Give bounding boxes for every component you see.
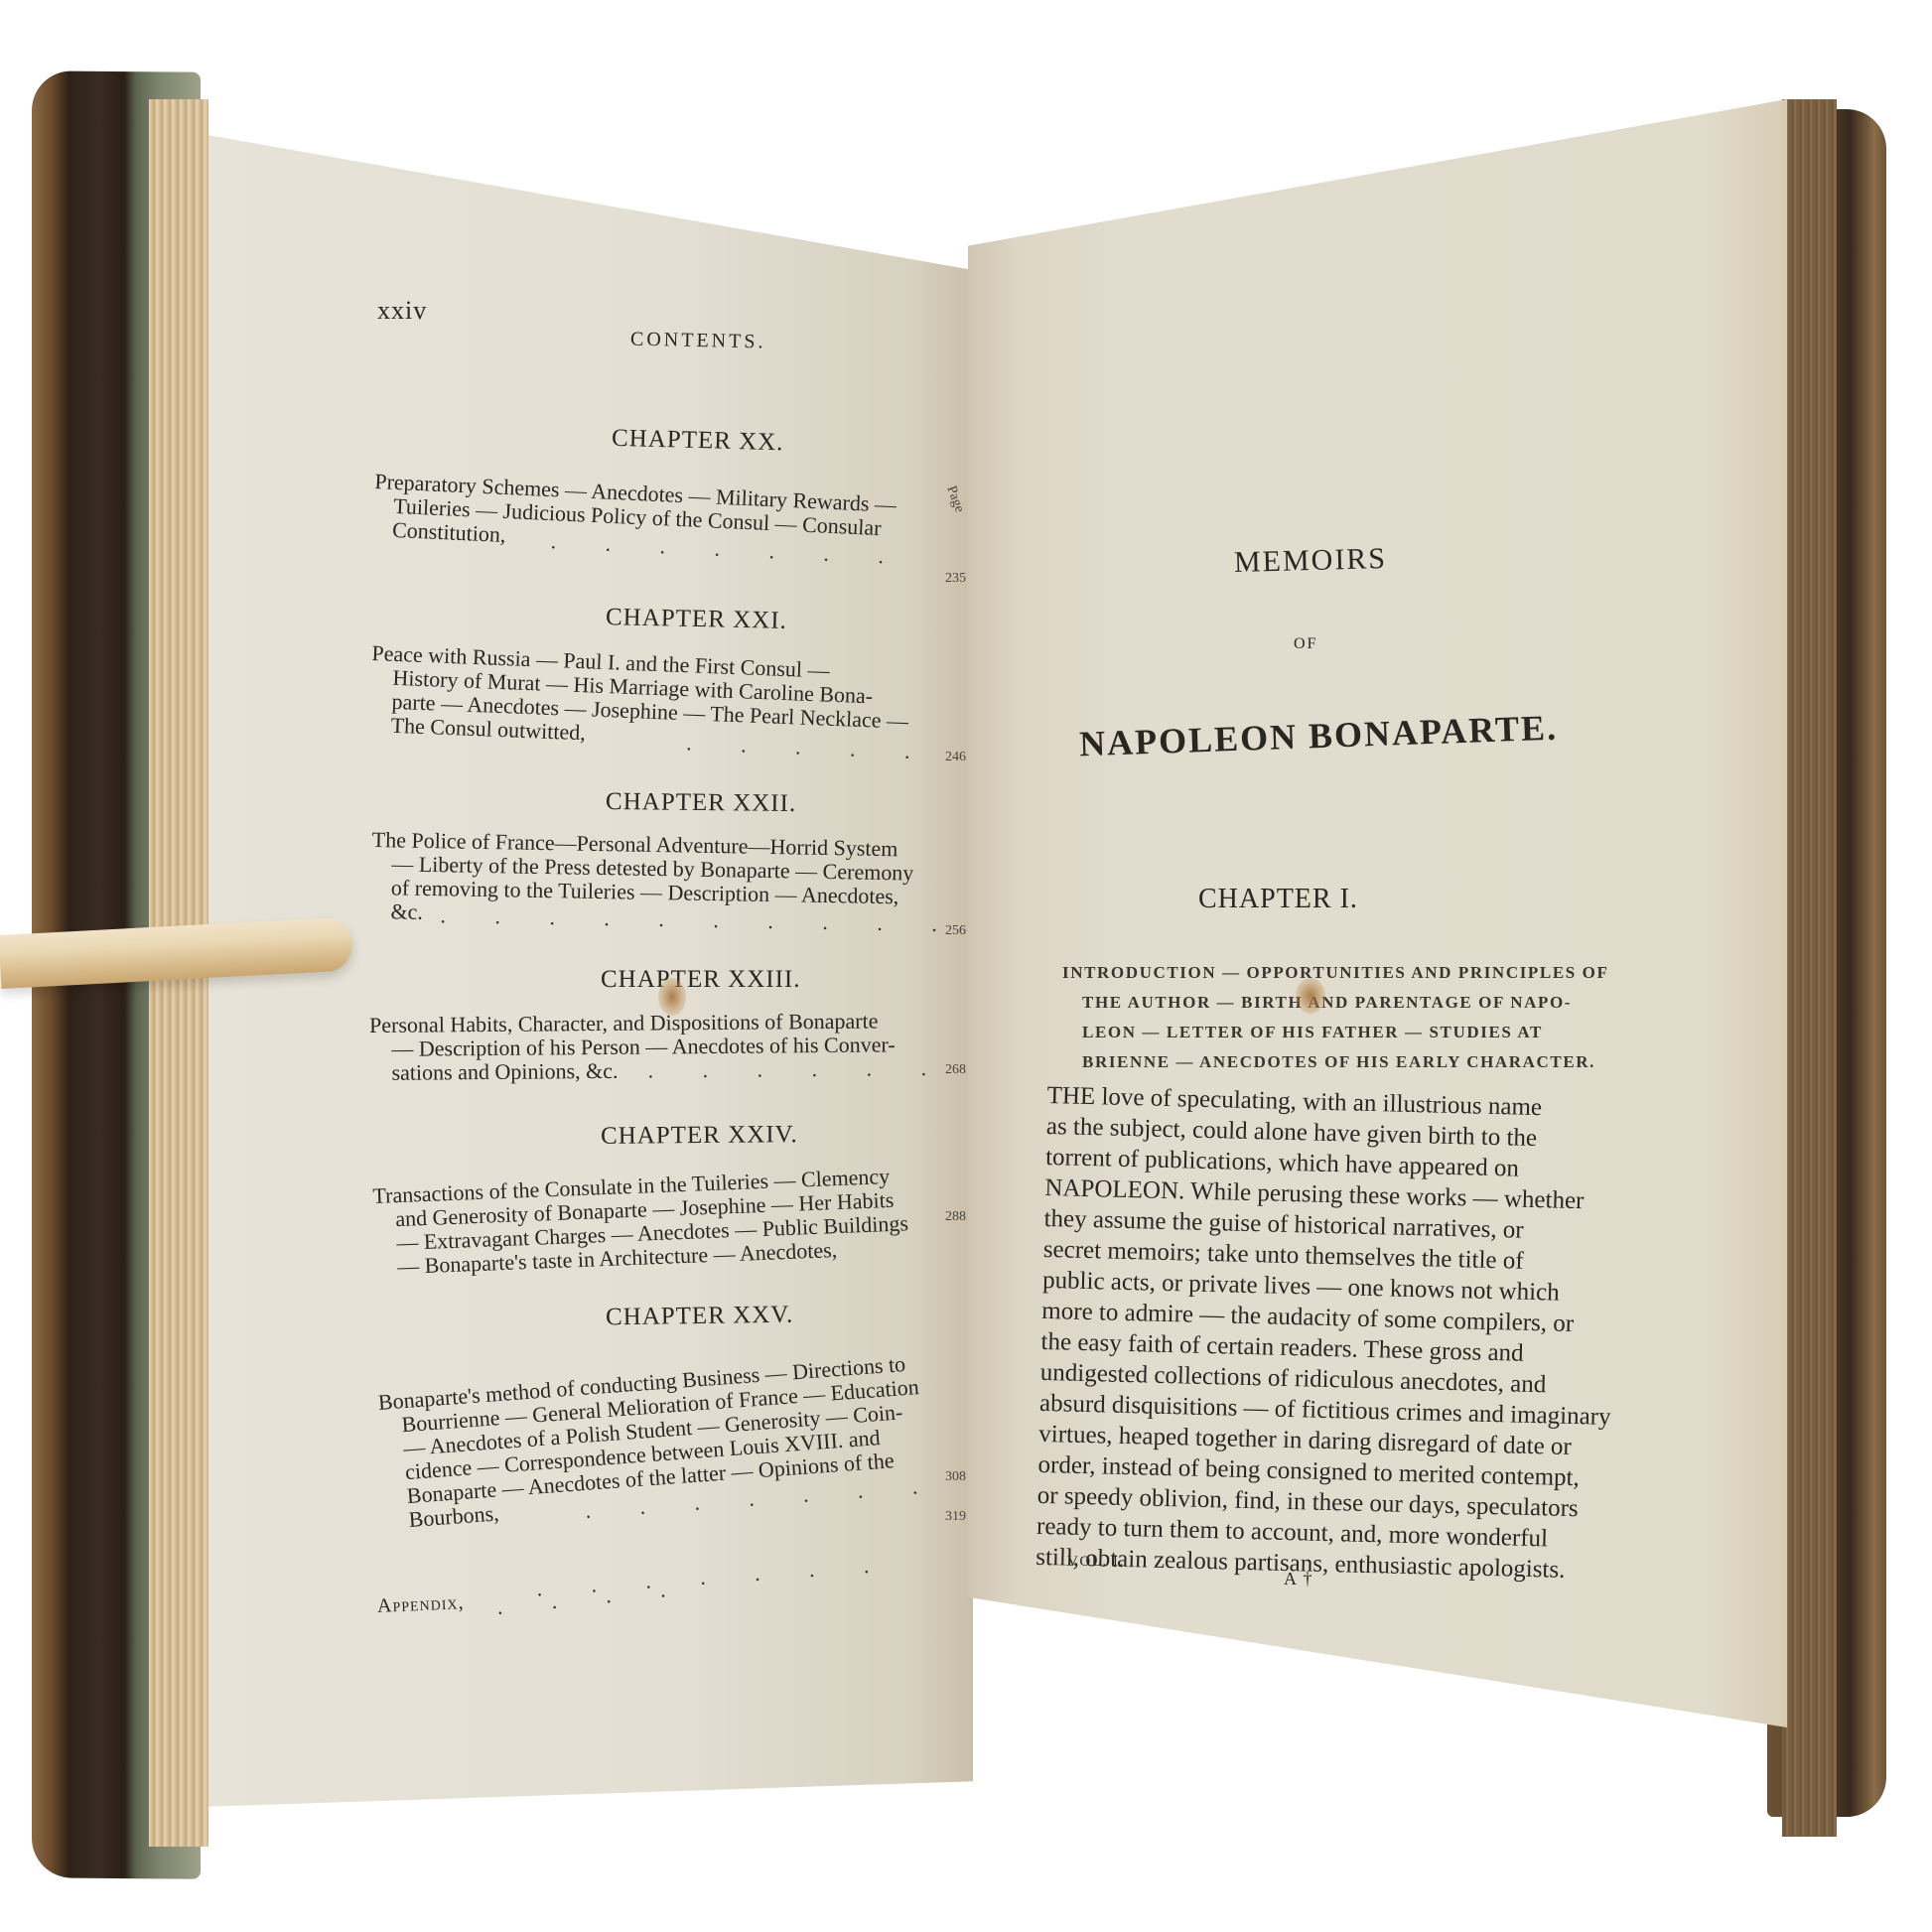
page-number: 308 bbox=[945, 1469, 966, 1485]
entry-line: Constitution, bbox=[392, 517, 506, 548]
foxing-stain bbox=[658, 978, 686, 1016]
chapter-heading: CHAPTER XX. bbox=[612, 425, 784, 458]
appendix-entry: Appendix, bbox=[377, 1591, 465, 1618]
foxing-stain bbox=[1296, 978, 1325, 1014]
volume-mark: VOL. I. bbox=[1067, 1554, 1125, 1571]
entry-line: &c. bbox=[390, 898, 423, 925]
page-number: 246 bbox=[945, 750, 966, 765]
chapter-one-page: MEMOIRS OF NAPOLEON BONAPARTE. CHAPTER I… bbox=[968, 99, 1787, 1727]
dot-leader: . . . . . bbox=[686, 730, 932, 764]
page-number: 288 bbox=[945, 1209, 966, 1225]
dot-leader: . . . . . . bbox=[647, 1055, 948, 1084]
page-number: 235 bbox=[945, 571, 966, 587]
page-folio: xxiv bbox=[377, 296, 427, 326]
page-column-label: Page bbox=[942, 483, 966, 514]
page-number: 268 bbox=[945, 1062, 966, 1078]
summary-line: THE AUTHOR — BIRTH AND PARENTAGE OF NAPO… bbox=[1082, 993, 1572, 1013]
page-edges-right bbox=[1782, 99, 1837, 1837]
summary-line: BRIENNE — ANECDOTES OF HIS EARLY CHARACT… bbox=[1082, 1052, 1595, 1072]
chapter-heading: CHAPTER XXV. bbox=[606, 1302, 794, 1332]
title-napoleon: NAPOLEON BONAPARTE. bbox=[1078, 707, 1558, 765]
chapter-heading: CHAPTER XXII. bbox=[606, 788, 796, 818]
entry-line: sations and Opinions, &c. bbox=[391, 1058, 618, 1086]
title-of: OF bbox=[1294, 635, 1317, 653]
signature-mark: A † bbox=[1284, 1569, 1313, 1589]
chapter-heading: CHAPTER XXIII. bbox=[601, 966, 801, 994]
entry-line: Bourbons, bbox=[408, 1500, 500, 1533]
running-head: CONTENTS. bbox=[630, 329, 766, 354]
page-number: 256 bbox=[945, 923, 966, 939]
summary-line: INTRODUCTION — OPPORTUNITIES AND PRINCIP… bbox=[1062, 963, 1608, 983]
chapter-heading: CHAPTER XXIV. bbox=[601, 1121, 798, 1151]
chapter-heading: CHAPTER XXI. bbox=[606, 604, 787, 635]
chapter-heading: CHAPTER I. bbox=[1198, 884, 1358, 915]
title-memoirs: MEMOIRS bbox=[1234, 542, 1388, 580]
book-photo: xxiv CONTENTS. CHAPTER XX. Page Preparat… bbox=[0, 0, 1932, 1932]
summary-line: LEON — LETTER OF HIS FATHER — STUDIES AT bbox=[1082, 1023, 1543, 1042]
page-number: 319 bbox=[945, 1509, 966, 1525]
